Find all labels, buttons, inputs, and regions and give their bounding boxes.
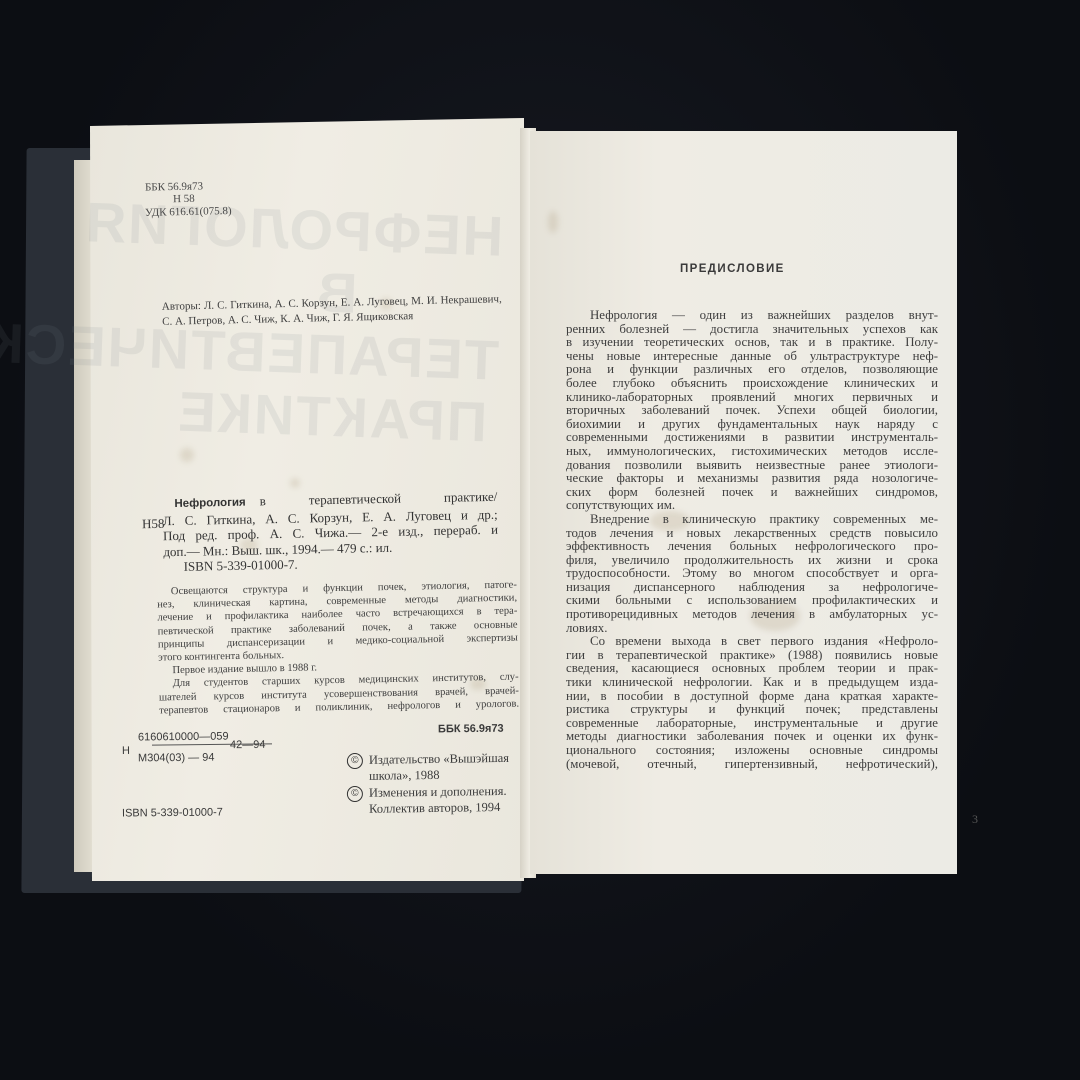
preface-line: современные лабораторные, инструментальн… [566, 717, 938, 731]
copyright-line: школа», 1988 [347, 767, 509, 784]
author-mark: Н 58 [173, 193, 195, 205]
preface-line: ловиях. [566, 622, 938, 636]
preface-body: Нефрология — один из важнейших разделов … [566, 309, 938, 771]
foxing-spot [290, 478, 300, 488]
preface-line: эффективность лечения больных нефрологич… [566, 540, 938, 554]
isbn-line: ISBN 5-339-01000-7. [183, 557, 297, 575]
preface-line: биохимии и других фундаментальных наук н… [566, 418, 938, 432]
preface-line: тики клинической нефрологии. Как и в пре… [566, 676, 938, 690]
annotation: Освещаются структура и функции почек, эт… [157, 579, 519, 718]
preface-line: ренних болезней — достигла значительных … [566, 323, 938, 337]
copyright-icon: © [347, 786, 363, 802]
preface-line: (мочевой, отечный, гипертензивный, нефро… [566, 758, 938, 772]
preface-line: Со времени выхода в свет первого издания… [566, 635, 938, 649]
imprint-letter: Н [122, 745, 130, 757]
preface-line: клинико-лабораторных проявлений многих п… [566, 391, 938, 405]
copyright-authors: ©Изменения и дополнения. Коллектив автор… [347, 784, 507, 817]
preface-line: в изучении теоретических основ, так и в … [566, 336, 938, 350]
preface-line: противорецидивных методов лечения в амбу… [566, 608, 938, 622]
preface-line: дования позволили выявить неизвестные ра… [566, 459, 938, 473]
page-number: 3 [972, 812, 978, 827]
preface-line: ческие факторы и механизмы развития ряда… [566, 472, 938, 486]
bbk-code: ББК 56.9я73 [145, 180, 203, 193]
preface-line: трудоспособности. Этому во многом способ… [566, 567, 938, 581]
imprint-denominator: М304(03) — 94 [138, 752, 215, 765]
preface-line: ских форм болезней почек и важнейших син… [566, 486, 938, 500]
imprint-numerator: 6160610000—059 [138, 731, 229, 744]
preface-line: филя, увеличило продолжительность их жиз… [566, 554, 938, 568]
preface-line: гии в терапевтической практике» (1988) п… [566, 649, 938, 663]
preface-line: современными достижениями в развитии инс… [566, 431, 938, 445]
preface-line: Нефрология — один из важнейших разделов … [566, 309, 938, 323]
preface-line: Внедрение в клиническую практику совреме… [566, 513, 938, 527]
copyright-publisher: ©Издательство «Вышэйшая школа», 1988 [347, 751, 509, 784]
preface-line: ристика структуры и функций почек; предс… [566, 703, 938, 717]
preface-line: ных, иммунологических, гистохимических м… [566, 445, 938, 459]
book-cipher: Н58 [142, 516, 165, 532]
preface-line: более глубоко объяснить происхождение кл… [566, 377, 938, 391]
preface-line: нии, в пособии в доступной форме дана кр… [566, 690, 938, 704]
copyright-line: Коллектив авторов, 1994 [347, 800, 507, 817]
copyright-line: Издательство «Вышэйшая [369, 751, 509, 767]
copyright-line: Изменения и дополнения. [369, 784, 507, 800]
preface-line: скими больными с использованием профилак… [566, 594, 938, 608]
imprint-suffix: 42—94 [230, 739, 266, 751]
udk-code: УДК 616.61(075.8) [145, 205, 232, 219]
preface-line: сведения, касающиеся основных проблем те… [566, 662, 938, 676]
bibliographic-entry: Нефрология в терапевтической практике/ Л… [162, 489, 498, 575]
imprint-isbn: ISBN 5-339-01000-7 [122, 806, 223, 819]
preface-line: тодов лечения и новых лекарственных сред… [566, 527, 938, 541]
copyright-icon: © [347, 753, 363, 769]
preface-line: рона и функции различных его отделов, по… [566, 363, 938, 377]
preface-heading: ПРЕДИСЛОВИЕ [680, 263, 785, 275]
preface-line: чены новые интересные данные об ультраст… [566, 350, 938, 364]
foxing-spot [180, 448, 194, 462]
preface-line: вторичных заболеваний почек. Успехи обще… [566, 404, 938, 418]
preface-line: сопутствующих им. [566, 499, 938, 513]
preface-line: ционального состояния; изложены основные… [566, 744, 938, 758]
foxing-spot [548, 211, 558, 233]
book-title: Нефрология [174, 497, 245, 510]
preface-line: методы диагностики заболевания почек и о… [566, 730, 938, 744]
preface-line: низация диспансерного наблюдения за нефр… [566, 581, 938, 595]
imprint-bbk: ББК 56.9я73 [438, 723, 504, 736]
